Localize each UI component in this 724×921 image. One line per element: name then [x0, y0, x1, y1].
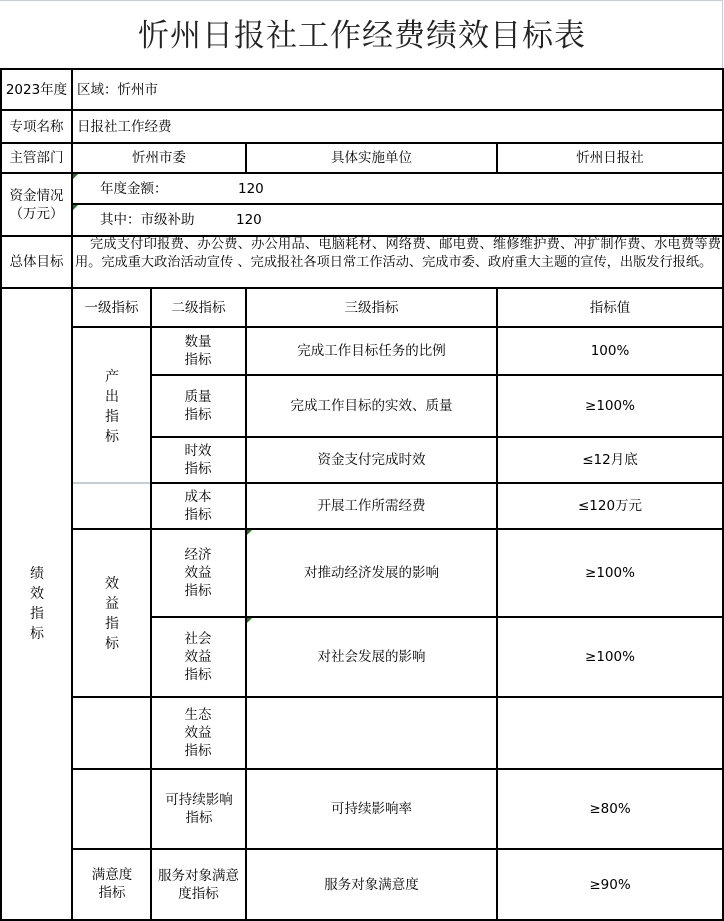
- subsidy-label: 其中：市级补助: [100, 205, 230, 235]
- rule: [150, 287, 152, 921]
- value-cell: ≥100%: [498, 376, 722, 436]
- level2-cell: 社会效益指标: [178, 618, 218, 696]
- level3-cell: 服务对象满意度: [247, 850, 496, 919]
- impl-value: 忻州日报社: [498, 144, 722, 172]
- level2-cell: 数量指标: [178, 328, 218, 374]
- level2-cell: 经济效益指标: [178, 530, 218, 616]
- level2-cell: 生态效益指标: [178, 698, 218, 768]
- page-title: 忻州日报社工作经费绩效目标表: [0, 0, 724, 69]
- level3-cell: 开展工作所需经费: [247, 484, 496, 528]
- level3-cell: 资金支付完成时效: [247, 438, 496, 482]
- col-header-level3: 三级指标: [247, 289, 496, 326]
- level2-cell: 质量指标: [178, 376, 218, 436]
- value-cell: ≥90%: [498, 850, 722, 919]
- col-header-level1: 一级指标: [73, 289, 150, 326]
- level3-cell: 完成工作目标的实效、质量: [247, 376, 496, 436]
- level3-cell: 对社会发展的影响: [247, 618, 496, 696]
- col-header-level2: 二级指标: [152, 289, 245, 326]
- level3-cell: [247, 698, 496, 768]
- region-cell: 区域：忻州市: [73, 70, 722, 109]
- level3-cell: 对推动经济发展的影响: [247, 530, 496, 616]
- year-cell: 2023年度: [2, 70, 71, 109]
- value-cell: ≥80%: [498, 770, 722, 848]
- value-cell: ≥100%: [498, 618, 722, 696]
- goal-label: 总体目标: [2, 237, 71, 287]
- level1-benefit: 效益指标: [104, 572, 120, 656]
- value-cell: ≤120万元: [498, 484, 722, 528]
- comment-marker-icon: [73, 205, 78, 210]
- impl-label: 具体实施单位: [247, 144, 496, 172]
- col-header-value: 指标值: [498, 289, 722, 326]
- value-cell: 100%: [498, 328, 722, 374]
- level2-cell: 服务对象满意度指标: [152, 850, 245, 919]
- rule: [73, 482, 151, 484]
- project-label: 专项名称: [2, 111, 71, 142]
- level1-satisfaction: 满意度指标: [88, 860, 136, 908]
- project-value: 日报社工作经费: [73, 111, 722, 142]
- dept-value: 忻州市委: [73, 144, 245, 172]
- value-cell: ≤12月底: [498, 438, 722, 482]
- level3-cell: 可持续影响率: [247, 770, 496, 848]
- level2-cell: 可持续影响指标: [164, 770, 234, 848]
- goal-text: 完成支付印报费、办公费、办公用品、电脑耗材、网络费、邮电费、维修维护费、冲扩制作…: [75, 236, 721, 271]
- comment-marker-icon: [73, 174, 78, 179]
- value-cell: ≥100%: [498, 530, 722, 616]
- level2-cell: 成本指标: [178, 484, 218, 528]
- annual-value: 120: [238, 174, 298, 203]
- value-cell: [498, 698, 722, 768]
- level3-cell: 完成工作目标任务的比例: [247, 328, 496, 374]
- level1-output: 产出指标: [104, 368, 120, 446]
- fund-label: 资金情况（万元）: [2, 174, 71, 235]
- dept-label: 主管部门: [2, 144, 71, 172]
- annual-label: 年度金额：: [100, 174, 220, 203]
- level2-cell: 时效指标: [178, 438, 218, 482]
- subsidy-value: 120: [236, 205, 296, 235]
- section-label: 绩效指标: [28, 560, 46, 648]
- rule: [71, 68, 73, 921]
